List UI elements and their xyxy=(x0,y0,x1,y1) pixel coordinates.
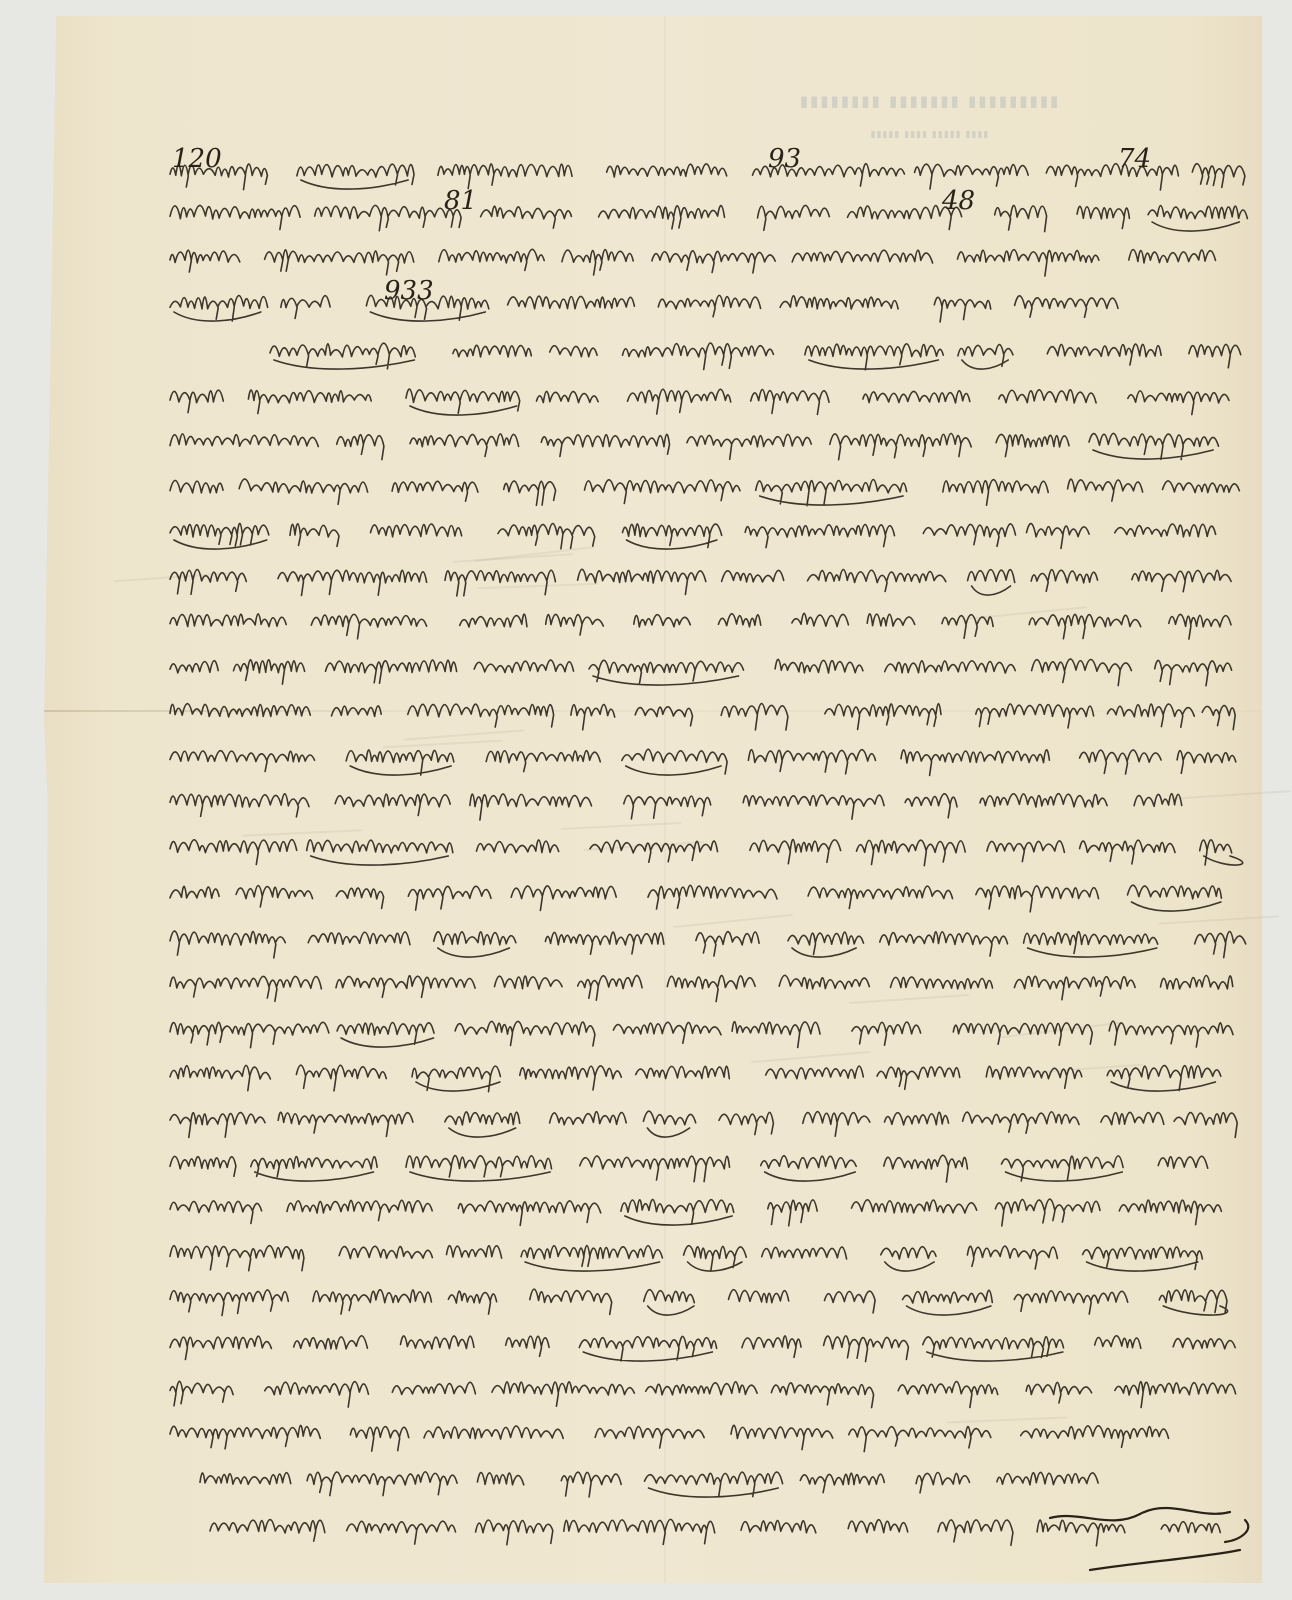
handwritten-line xyxy=(170,690,1230,734)
handwritten-line xyxy=(170,918,1240,962)
handwritten-line xyxy=(170,282,1130,326)
handwritten-line xyxy=(170,1186,1220,1230)
numeral-93: 93 xyxy=(768,146,801,172)
numeral-48: 48 xyxy=(942,188,975,214)
handwritten-line xyxy=(170,826,1230,870)
signature-flourish xyxy=(1040,1500,1260,1580)
handwritten-line xyxy=(170,510,1250,554)
handwritten-line xyxy=(170,1142,1230,1186)
handwritten-line xyxy=(170,736,1230,780)
numeral-74: 74 xyxy=(1118,146,1151,172)
handwritten-line xyxy=(170,780,1230,824)
handwritten-line xyxy=(170,646,1230,690)
numeral-120: 120 xyxy=(172,146,222,172)
handwritten-line xyxy=(170,1368,1230,1412)
handwritten-line xyxy=(170,872,1230,916)
handwritten-line xyxy=(270,330,1240,374)
handwritten-line xyxy=(170,1098,1230,1142)
letterhead-line-1: ▮▮▮▮▮▮▮▮ ▮▮▮▮▮▮▮ ▮▮▮▮▮▮▮▮▮ xyxy=(720,92,1140,110)
handwritten-line xyxy=(200,1458,1090,1502)
numeral-933: 933 xyxy=(384,278,434,304)
handwritten-line xyxy=(170,1322,1230,1366)
handwritten-line xyxy=(170,466,1230,510)
faded-letterhead: ▮▮▮▮▮▮▮▮ ▮▮▮▮▮▮▮ ▮▮▮▮▮▮▮▮▮ ▮▮▮▮▮ ▮▮▮▮ ▮▮… xyxy=(720,92,1140,140)
numeral-81: 81 xyxy=(444,188,477,214)
handwritten-line xyxy=(170,150,1240,194)
handwritten-line xyxy=(170,420,1240,464)
handwritten-line xyxy=(170,556,1230,600)
handwritten-line xyxy=(170,1052,1230,1096)
handwritten-line xyxy=(170,962,1230,1006)
handwritten-line xyxy=(170,376,1240,420)
handwritten-line xyxy=(170,1412,1180,1456)
handwritten-line xyxy=(170,1232,1200,1276)
handwritten-line xyxy=(170,192,1240,236)
handwritten-line xyxy=(170,1276,1220,1320)
handwritten-line xyxy=(170,1008,1230,1052)
handwritten-line xyxy=(170,600,1230,644)
letterhead-line-2: ▮▮▮▮▮ ▮▮▮▮ ▮▮▮▮▮ ▮▮▮▮ xyxy=(720,130,1140,140)
handwritten-line xyxy=(170,236,1230,280)
